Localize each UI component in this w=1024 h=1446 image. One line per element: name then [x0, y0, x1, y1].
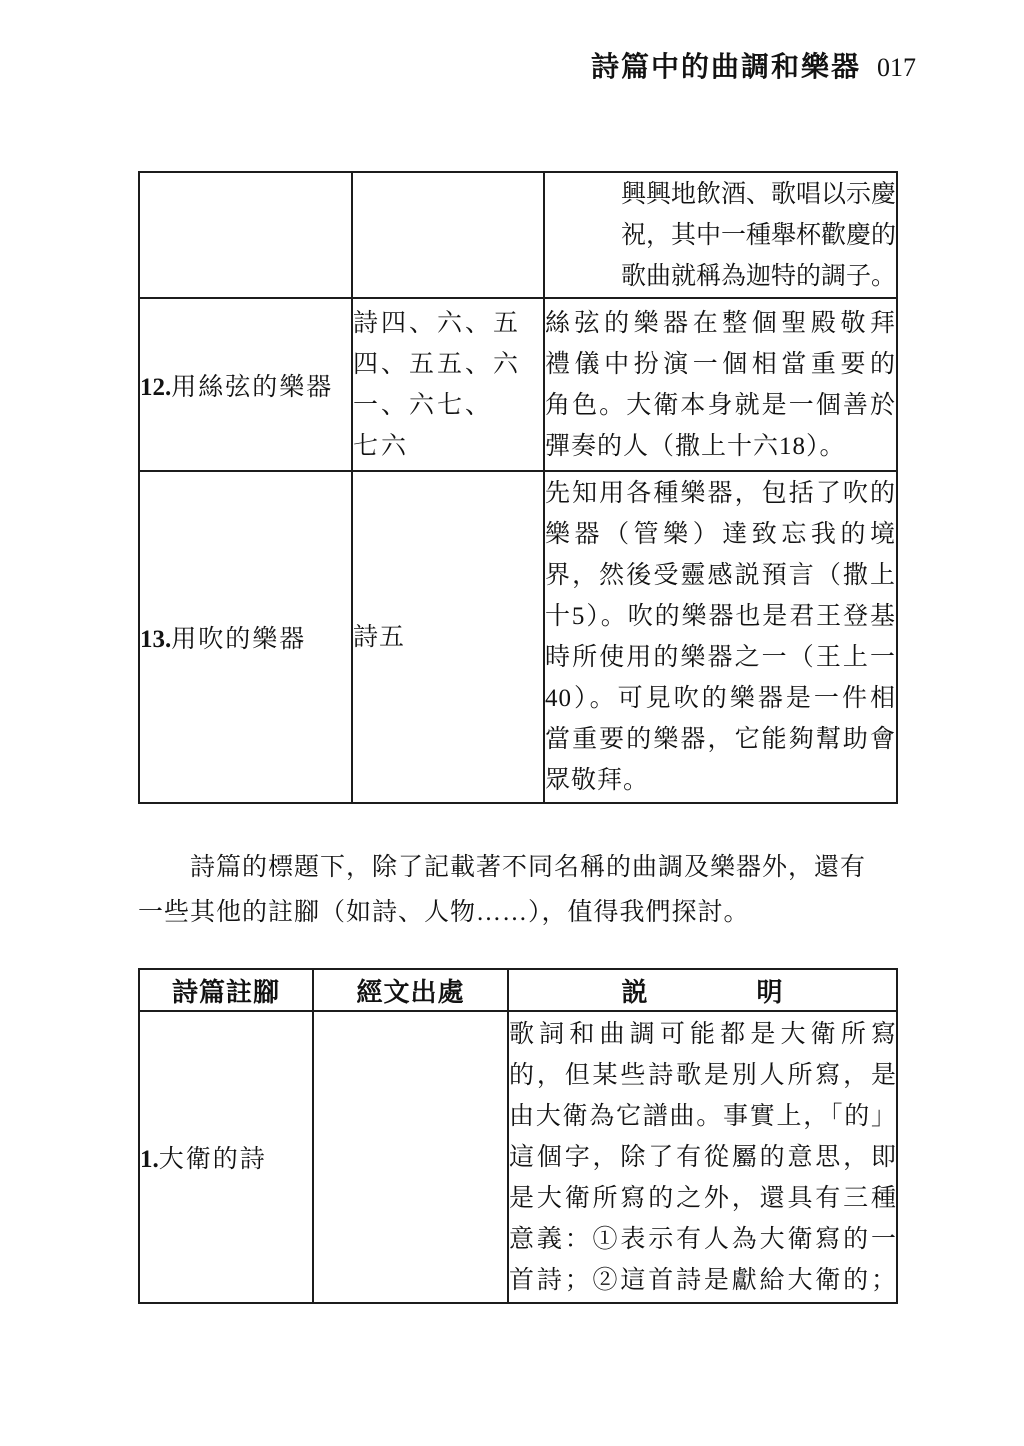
cell-footnote: 12.用絲弦的樂器: [139, 298, 352, 471]
footnotes-table: 詩篇註腳 經文出處 説 明 1.大衛的詩 歌詞和曲調可能都是大衛所寫的，但某些詩…: [138, 968, 898, 1304]
running-title: 詩篇中的曲調和樂器: [591, 52, 861, 83]
cell-footnote-empty: [139, 172, 352, 298]
cell-source: 詩四、六、五四、五五、六一、六七、七六: [352, 298, 544, 471]
cell-source-empty: [352, 172, 544, 298]
footnote-number: 13.: [140, 626, 171, 653]
cell-description: 先知用各種樂器，包括了吹的樂器（管樂）達致忘我的境界，然後受靈感説預言（撒上十5…: [544, 471, 897, 803]
source-text: 詩五: [353, 617, 543, 658]
cell-description: 絲弦的樂器在整個聖殿敬拜禮儀中扮演一個相當重要的角色。大衛本身就是一個善於彈奏的…: [544, 298, 897, 471]
description-text: 歌詞和曲調可能都是大衛所寫的，但某些詩歌是別人所寫，是由大衛為它譜曲。事實上，「…: [509, 1014, 896, 1301]
page-header: 詩篇中的曲調和樂器017: [591, 50, 916, 90]
footnote-number: 1.: [140, 1146, 159, 1173]
table-header-row: 詩篇註腳 經文出處 説 明: [139, 969, 897, 1011]
cell-footnote: 1.大衛的詩: [139, 1011, 313, 1303]
table-row-1: 1.大衛的詩 歌詞和曲調可能都是大衛所寫的，但某些詩歌是別人所寫，是由大衛為它譜…: [139, 1011, 897, 1303]
cell-source: 詩五: [352, 471, 544, 803]
description-text: 興興地飲酒、歌唱以示慶祝，其中一種舉杯歡慶的歌曲就稱為迦特的調子。: [545, 174, 896, 297]
header-footnote: 詩篇註腳: [139, 969, 313, 1011]
source-text: 詩四、六、五四、五五、六一、六七、七六: [353, 303, 543, 467]
footnote-label: 大衛的詩: [159, 1146, 267, 1173]
table-row-13: 13.用吹的樂器 詩五 先知用各種樂器，包括了吹的樂器（管樂）達致忘我的境界，然…: [139, 471, 897, 803]
description-text: 先知用各種樂器，包括了吹的樂器（管樂）達致忘我的境界，然後受靈感説預言（撒上十5…: [545, 473, 896, 801]
cell-description: 歌詞和曲調可能都是大衛所寫的，但某些詩歌是別人所寫，是由大衛為它譜曲。事實上，「…: [508, 1011, 897, 1303]
table-row-12: 12.用絲弦的樂器 詩四、六、五四、五五、六一、六七、七六 絲弦的樂器在整個聖殿…: [139, 298, 897, 471]
cell-description: 興興地飲酒、歌唱以示慶祝，其中一種舉杯歡慶的歌曲就稱為迦特的調子。: [544, 172, 897, 298]
footnote-label: 用絲弦的樂器: [171, 374, 333, 401]
header-source: 經文出處: [313, 969, 508, 1011]
page-number: 017: [877, 53, 916, 82]
footnote-label: 用吹的樂器: [171, 626, 306, 653]
instruments-table: 興興地飲酒、歌唱以示慶祝，其中一種舉杯歡慶的歌曲就稱為迦特的調子。 12.用絲弦…: [138, 171, 898, 804]
cell-source-empty: [313, 1011, 508, 1303]
table-row-continuation: 興興地飲酒、歌唱以示慶祝，其中一種舉杯歡慶的歌曲就稱為迦特的調子。: [139, 172, 897, 298]
description-text: 絲弦的樂器在整個聖殿敬拜禮儀中扮演一個相當重要的角色。大衛本身就是一個善於彈奏的…: [545, 303, 896, 467]
cell-footnote: 13.用吹的樂器: [139, 471, 352, 803]
header-description: 説 明: [508, 969, 897, 1011]
body-paragraph: 詩篇的標題下，除了記載著不同名稱的曲調及樂器外，還有 一些其他的註腳（如詩、人物…: [138, 845, 896, 935]
footnote-number: 12.: [140, 374, 171, 401]
document-page: 詩篇中的曲調和樂器017 興興地飲酒、歌唱以示慶祝，其中一種舉杯歡慶的歌曲就稱為…: [0, 0, 1024, 1446]
